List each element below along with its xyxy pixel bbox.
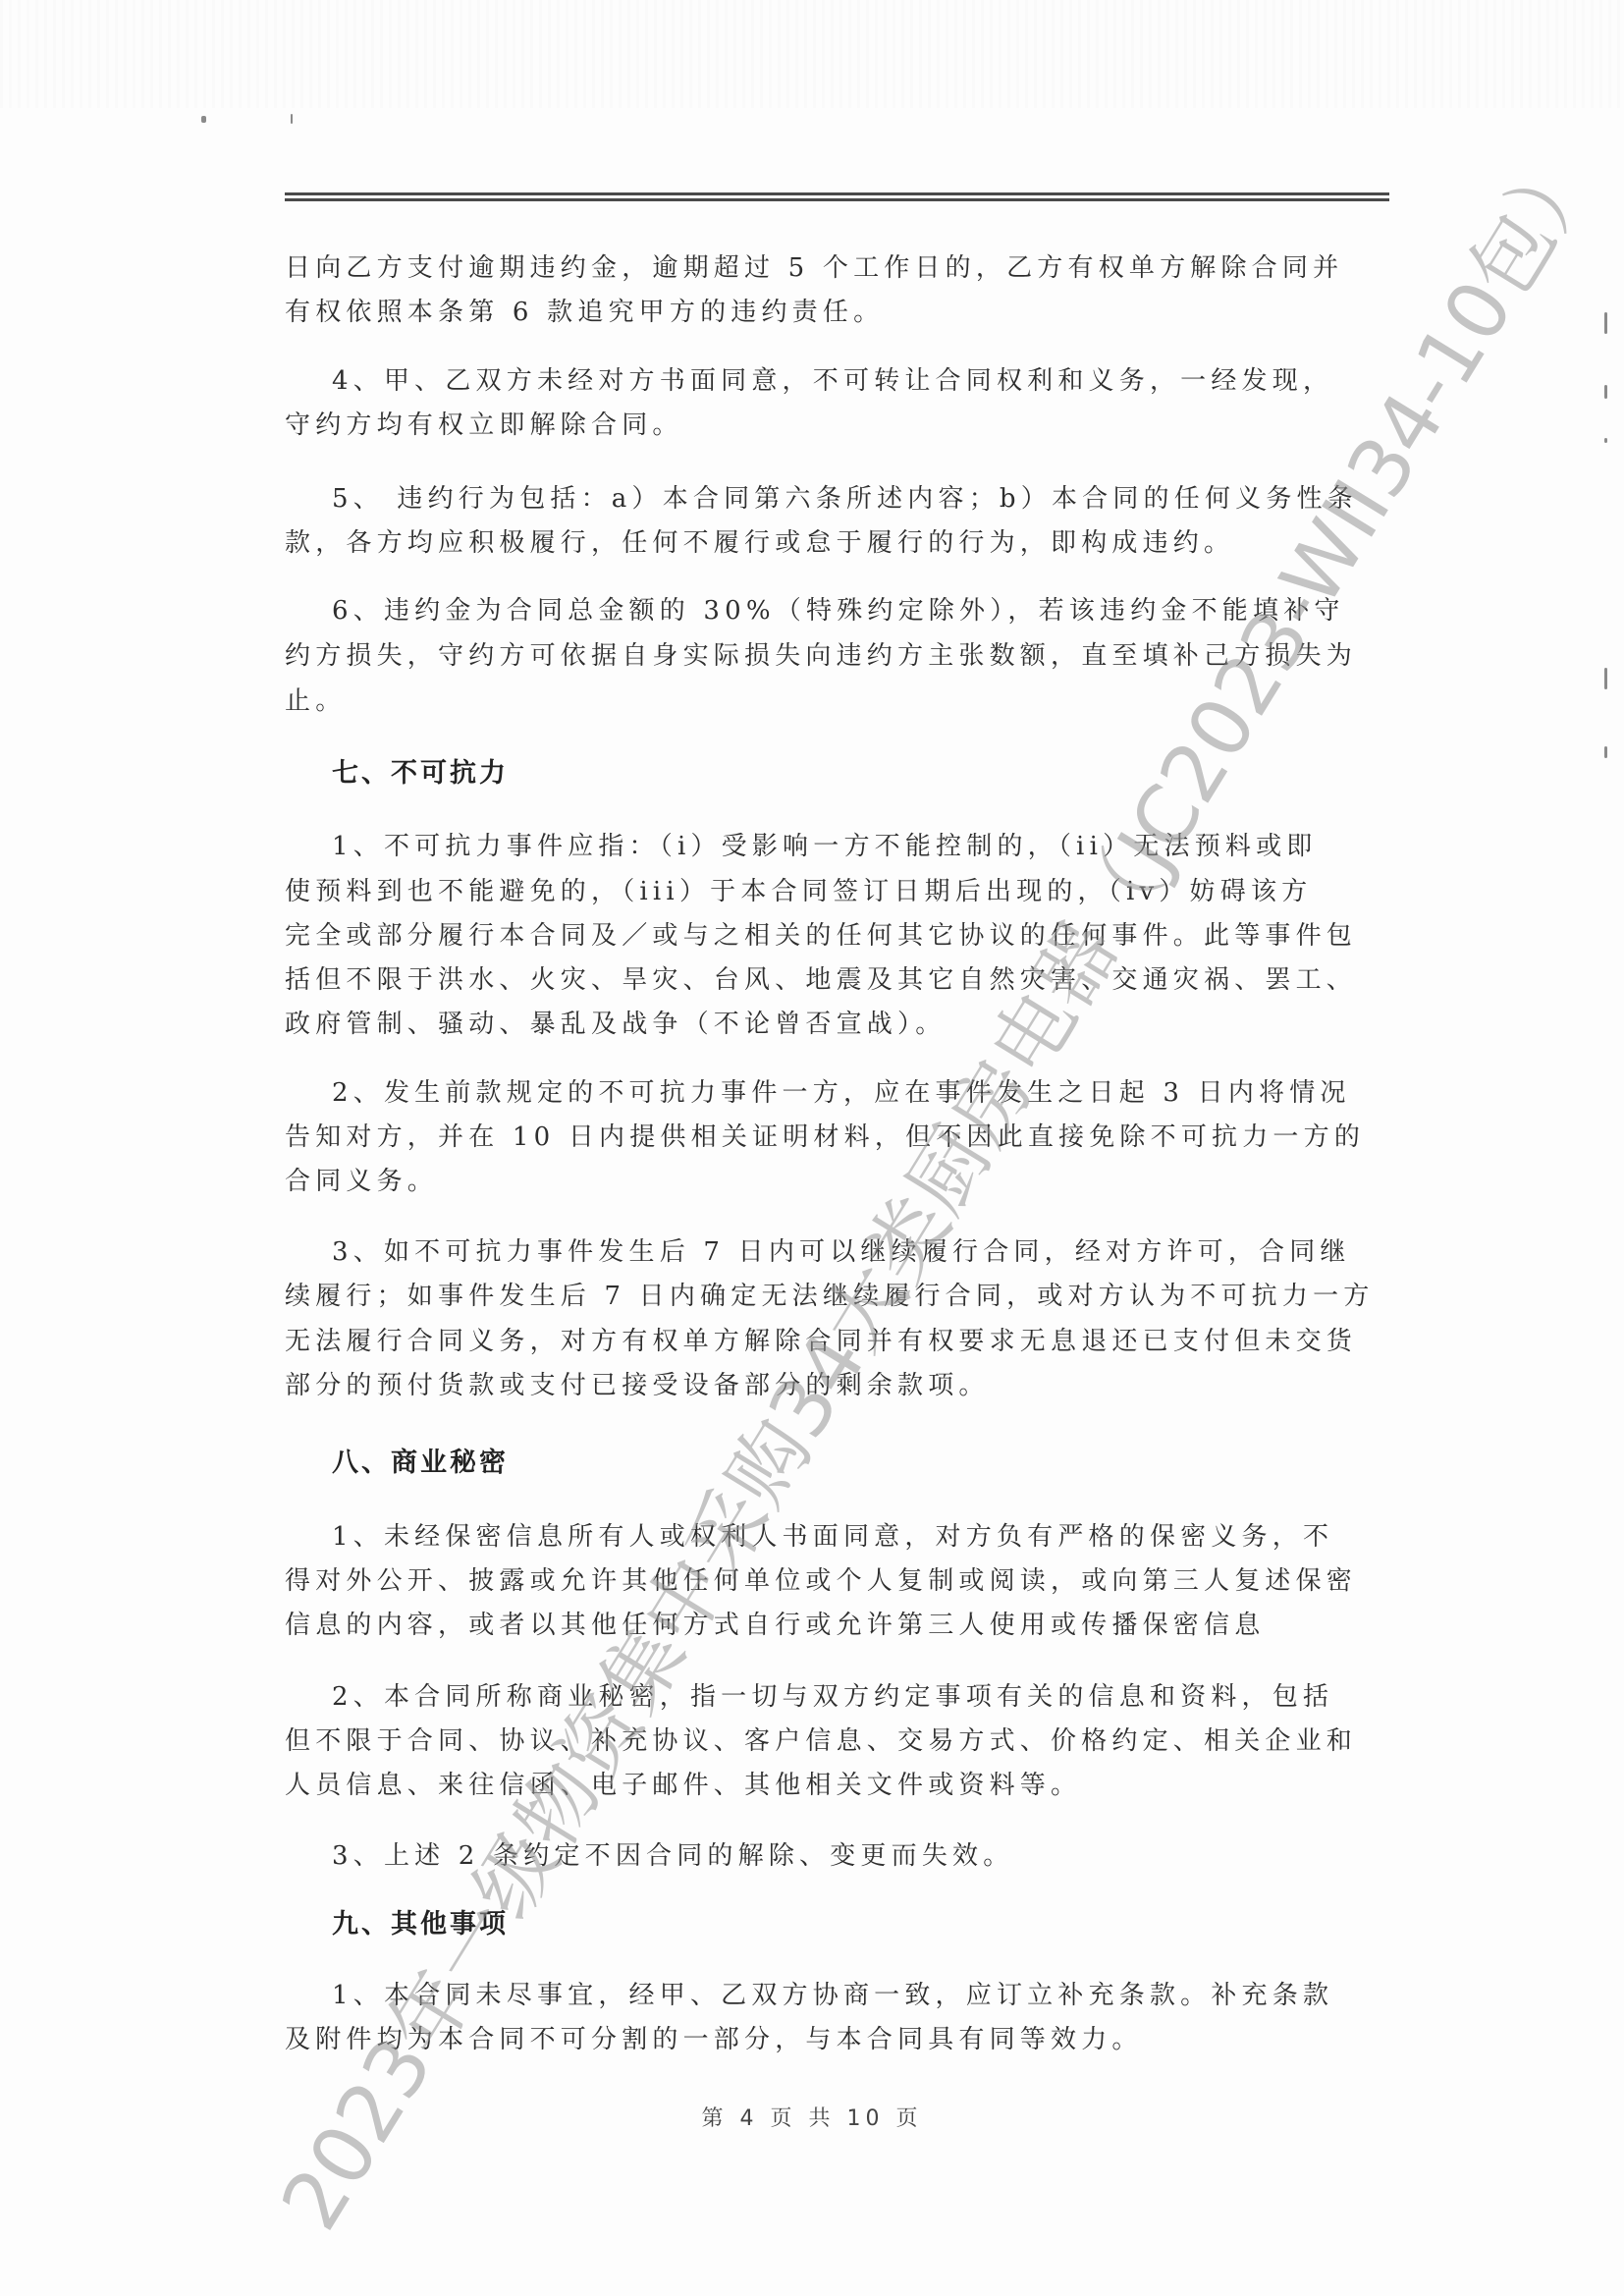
- text-line: 3、如不可抗力事件发生后 7 日内可以继续履行合同，经对方许可，合同继: [332, 1235, 1375, 1269]
- text-line: 1、本合同未尽事宜，经甲、乙双方协商一致，应订立补充条款。补充条款: [332, 1979, 1375, 2012]
- text-line: 6、违约金为合同总金额的 30%（特殊约定除外），若该违约金不能填补守: [332, 594, 1375, 628]
- text-line: 1、不可抗力事件应指：（i）受影响一方不能控制的，（ii）无法预料或即: [332, 830, 1375, 863]
- text-line: 括但不限于洪水、火灾、旱灾、台风、地震及其它自然灾害、交通灾祸、罢工、: [285, 963, 1375, 997]
- text-line: 止。: [285, 684, 1375, 718]
- scan-speck: [201, 116, 206, 123]
- text-line: 部分的预付货款或支付已接受设备部分的剩余款项。: [285, 1369, 1375, 1402]
- scan-speck: [1604, 312, 1607, 334]
- text-line: 但不限于合同、协议、补充协议、客户信息、交易方式、价格约定、相关企业和: [285, 1724, 1375, 1758]
- text-line: 告知对方，并在 10 日内提供相关证明材料，但不因此直接免除不可抗力一方的: [285, 1121, 1375, 1154]
- text-line: 完全或部分履行本合同及／或与之相关的任何其它协议的任何事件。此等事件包: [285, 919, 1375, 953]
- text-line: 信息的内容，或者以其他任何方式自行或允许第三人使用或传播保密信息: [285, 1609, 1375, 1642]
- scan-speck: [1604, 668, 1607, 689]
- text-line: 1、未经保密信息所有人或权利人书面同意，对方负有严格的保密义务，不: [332, 1520, 1375, 1554]
- text-line: 日向乙方支付逾期违约金，逾期超过 5 个工作日的，乙方有权单方解除合同并: [285, 251, 1375, 285]
- header-double-rule: [285, 192, 1389, 201]
- text-line: 有权依照本条第 6 款追究甲方的违约责任。: [285, 296, 1375, 329]
- text-line: 续履行；如事件发生后 7 日内确定无法继续履行合同，或对方认为不可抗力一方: [285, 1280, 1375, 1313]
- text-line: 2、发生前款规定的不可抗力事件一方，应在事件发生之日起 3 日内将情况: [332, 1076, 1375, 1110]
- scan-speck: [1604, 385, 1607, 399]
- text-line: 约方损失，守约方可依据自身实际损失向违约方主张数额，直至填补己方损失为: [285, 639, 1375, 673]
- section-heading-trade-secrets: 八、商业秘密: [332, 1447, 509, 1480]
- text-line: 5、 违约行为包括：a）本合同第六条所述内容；b）本合同的任何义务性条: [332, 482, 1375, 516]
- scan-speck: [1604, 746, 1607, 758]
- section-heading-other-matters: 九、其他事项: [332, 1908, 509, 1941]
- text-line: 及附件均为本合同不可分割的一部分，与本合同具有同等效力。: [285, 2023, 1375, 2056]
- text-line: 无法履行合同义务，对方有权单方解除合同并有权要求无息退还已支付但未交货: [285, 1325, 1375, 1358]
- text-line: 政府管制、骚动、暴乱及战争（不论曾否宣战）。: [285, 1008, 1375, 1041]
- scan-speck: [291, 114, 293, 124]
- text-line: 2、本合同所称商业秘密，指一切与双方约定事项有关的信息和资料，包括: [332, 1680, 1375, 1714]
- text-line: 守约方均有权立即解除合同。: [285, 409, 1375, 442]
- page-number: 第 4 页 共 10 页: [0, 2102, 1624, 2132]
- scan-speck: [1604, 438, 1607, 443]
- text-line: 合同义务。: [285, 1165, 1375, 1198]
- text-line: 使预料到也不能避免的，（iii）于本合同签订日期后出现的，（iv）妨碍该方: [285, 875, 1375, 908]
- section-heading-force-majeure: 七、不可抗力: [332, 757, 509, 791]
- text-line: 3、上述 2 条约定不因合同的解除、变更而失效。: [332, 1839, 1375, 1873]
- text-line: 款，各方均应积极履行，任何不履行或怠于履行的行为，即构成违约。: [285, 526, 1375, 560]
- text-line: 人员信息、来往信函、电子邮件、其他相关文件或资料等。: [285, 1769, 1375, 1802]
- text-line: 得对外公开、披露或允许其他任何单位或个人复制或阅读，或向第三人复述保密: [285, 1564, 1375, 1598]
- scan-noise: [0, 0, 1624, 108]
- text-line: 4、甲、乙双方未经对方书面同意，不可转让合同权利和义务，一经发现，: [332, 364, 1375, 398]
